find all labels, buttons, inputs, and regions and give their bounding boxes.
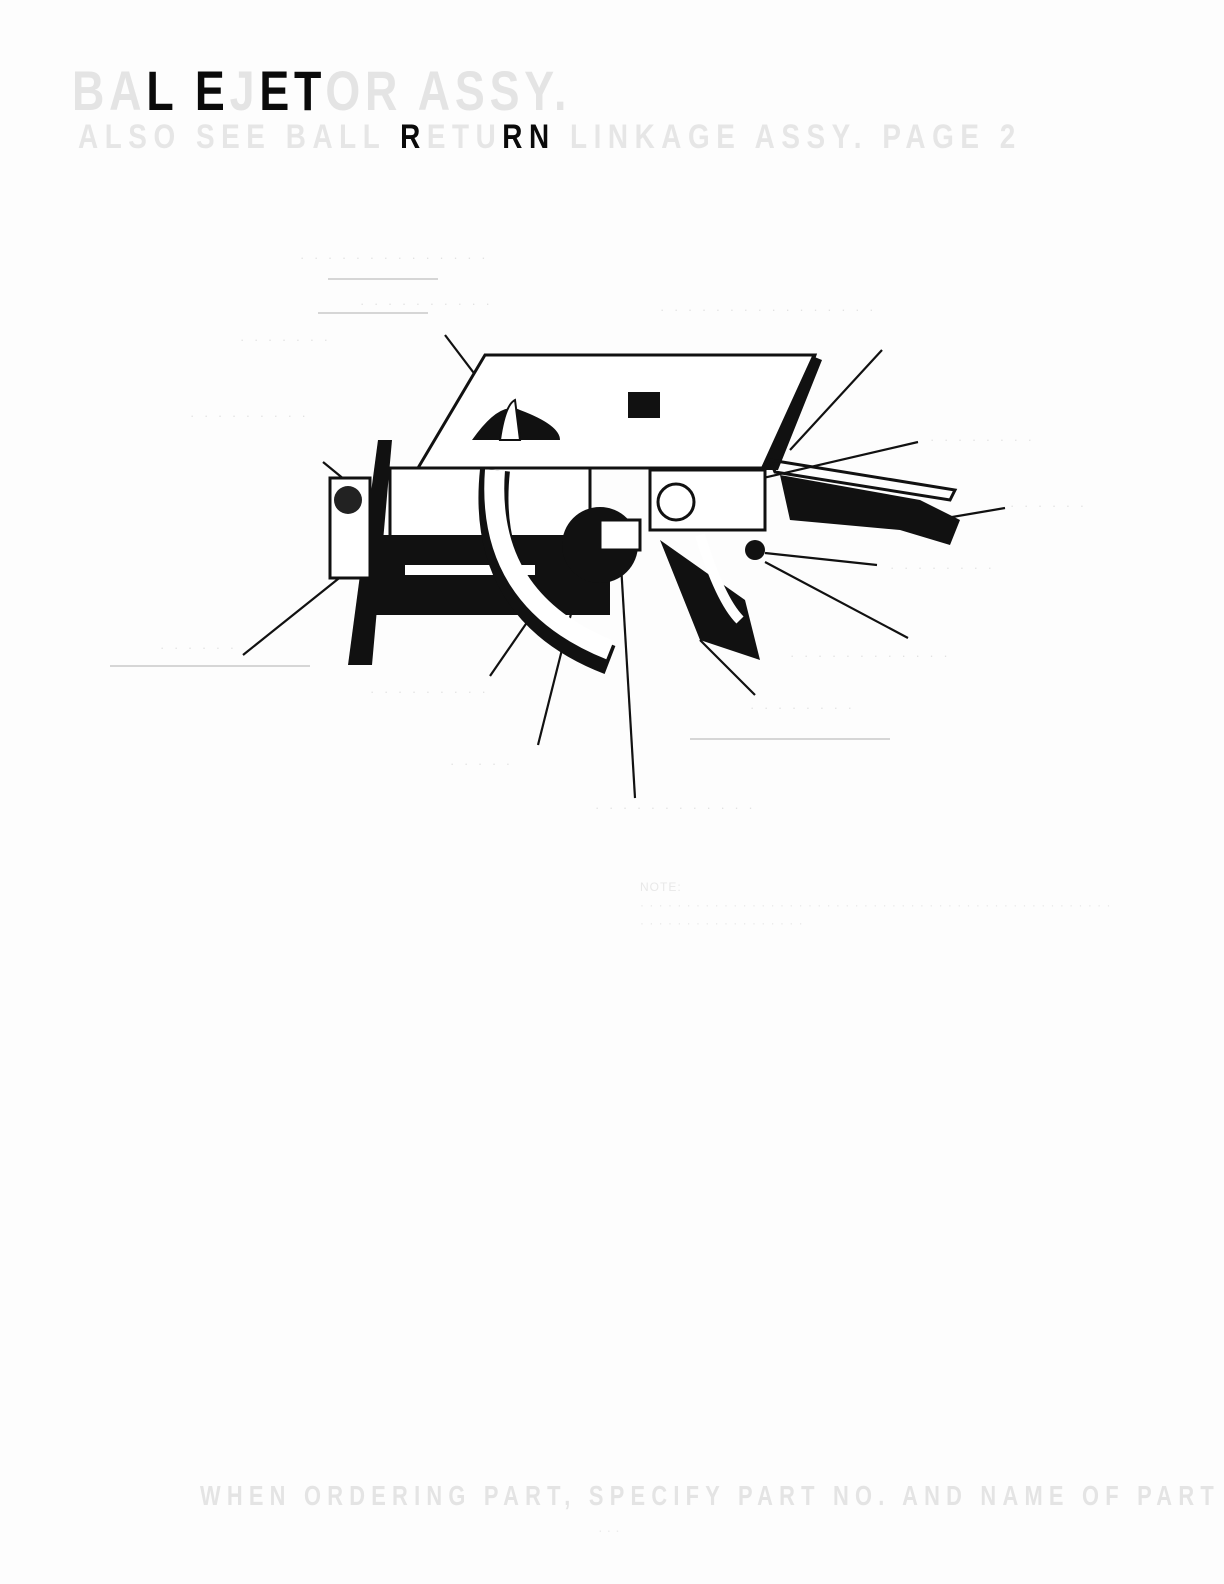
ordering-footer: WHEN ORDERING PART, SPECIFY PART NO. AND…: [200, 1480, 1220, 1512]
page-number: · · ·: [598, 1522, 620, 1538]
ball-ejector-assembly-drawing: [0, 0, 1224, 1584]
assembly-body: [330, 355, 960, 665]
